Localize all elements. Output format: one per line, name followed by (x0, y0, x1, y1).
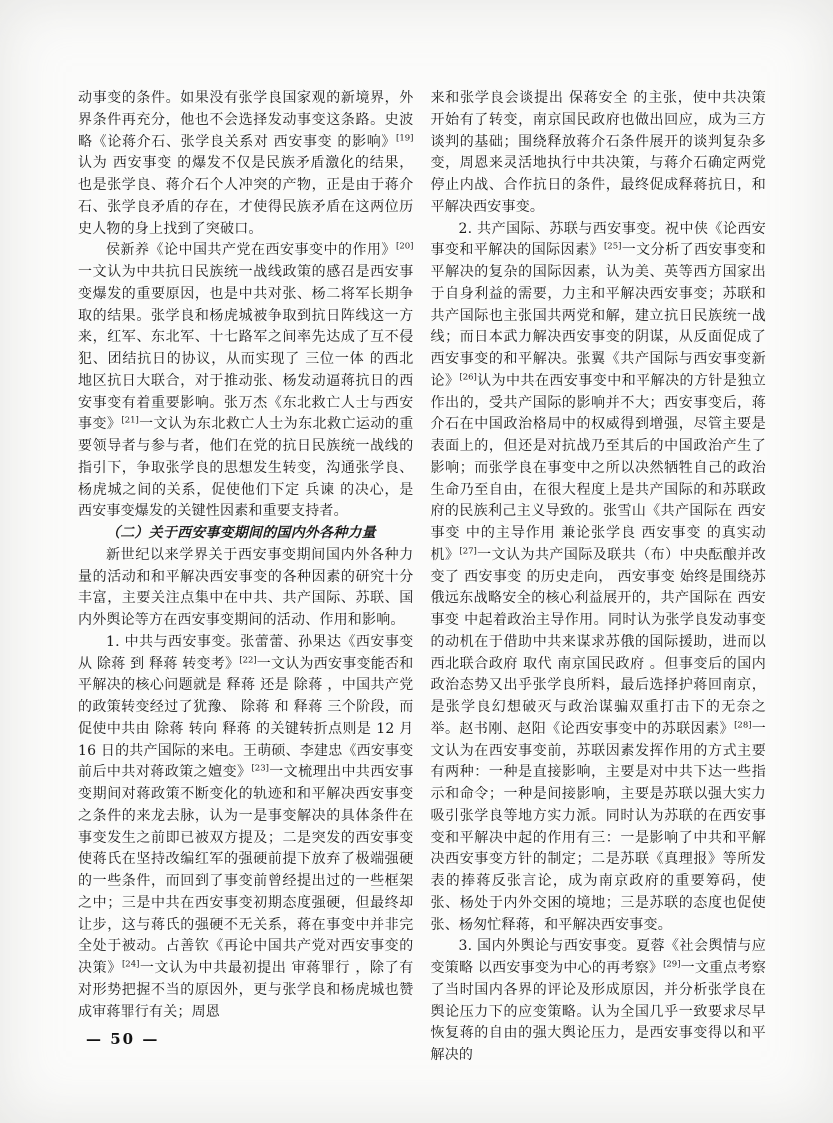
paragraph: 新世纪以来学界关于西安事变期间国内外各种力量的活动和和平解决西安事变的各种因素的… (78, 545, 414, 632)
citation-marker: [24] (122, 959, 139, 969)
paragraph: 2. 共产国际、苏联与西安事变。祝中侠《论西安事变和平解决的国际因素》[25]一… (431, 219, 767, 937)
citation-marker: [22] (239, 655, 256, 665)
page-number: — 50 — (86, 1030, 159, 1048)
citation-marker: [26] (459, 372, 476, 382)
citation-marker: [29] (663, 959, 680, 969)
citation-marker: [19] (396, 133, 413, 143)
paragraph: 侯新养《论中国共产党在西安事变中的作用》[20]一文认为中共抗日民族统一战线政策… (78, 240, 414, 523)
citation-marker: [27] (459, 546, 476, 556)
left-column: 动事变的条件。如果没有张学良国家观的新境界，外界条件再充分，他也不会选择发动事变… (78, 88, 414, 1067)
citation-marker: [21] (121, 416, 138, 426)
citation-marker: [25] (604, 242, 621, 252)
section-heading: （二）关于西安事变期间的国内外各种力量 (78, 523, 414, 545)
citation-marker: [20] (396, 242, 413, 252)
citation-marker: [23] (251, 764, 268, 774)
citation-marker: [28] (734, 720, 751, 730)
document-page: 动事变的条件。如果没有张学良国家观的新境界，外界条件再充分，他也不会选择发动事变… (0, 0, 833, 1123)
paragraph-continued-from-previous-page: 动事变的条件。如果没有张学良国家观的新境界，外界条件再充分，他也不会选择发动事变… (78, 88, 414, 240)
right-column: 来和张学良会谈提出 保蒋安全 的主张，使中共决策开始有了转变，南京国民政府也做出… (431, 88, 767, 1067)
paragraph: 3. 国内外舆论与西安事变。夏蓉《社会舆情与应变策略 以西安事变为中心的再考察》… (431, 936, 767, 1067)
text-content: 动事变的条件。如果没有张学良国家观的新境界，外界条件再充分，他也不会选择发动事变… (78, 88, 766, 1067)
paragraph: 1. 中共与西安事变。张蕾蕾、孙果达《西安事变从 除蒋 到 释蒋 转变考》[22… (78, 632, 414, 1024)
paragraph-continued-from-left-column: 来和张学良会谈提出 保蒋安全 的主张，使中共决策开始有了转变，南京国民政府也做出… (431, 88, 767, 219)
